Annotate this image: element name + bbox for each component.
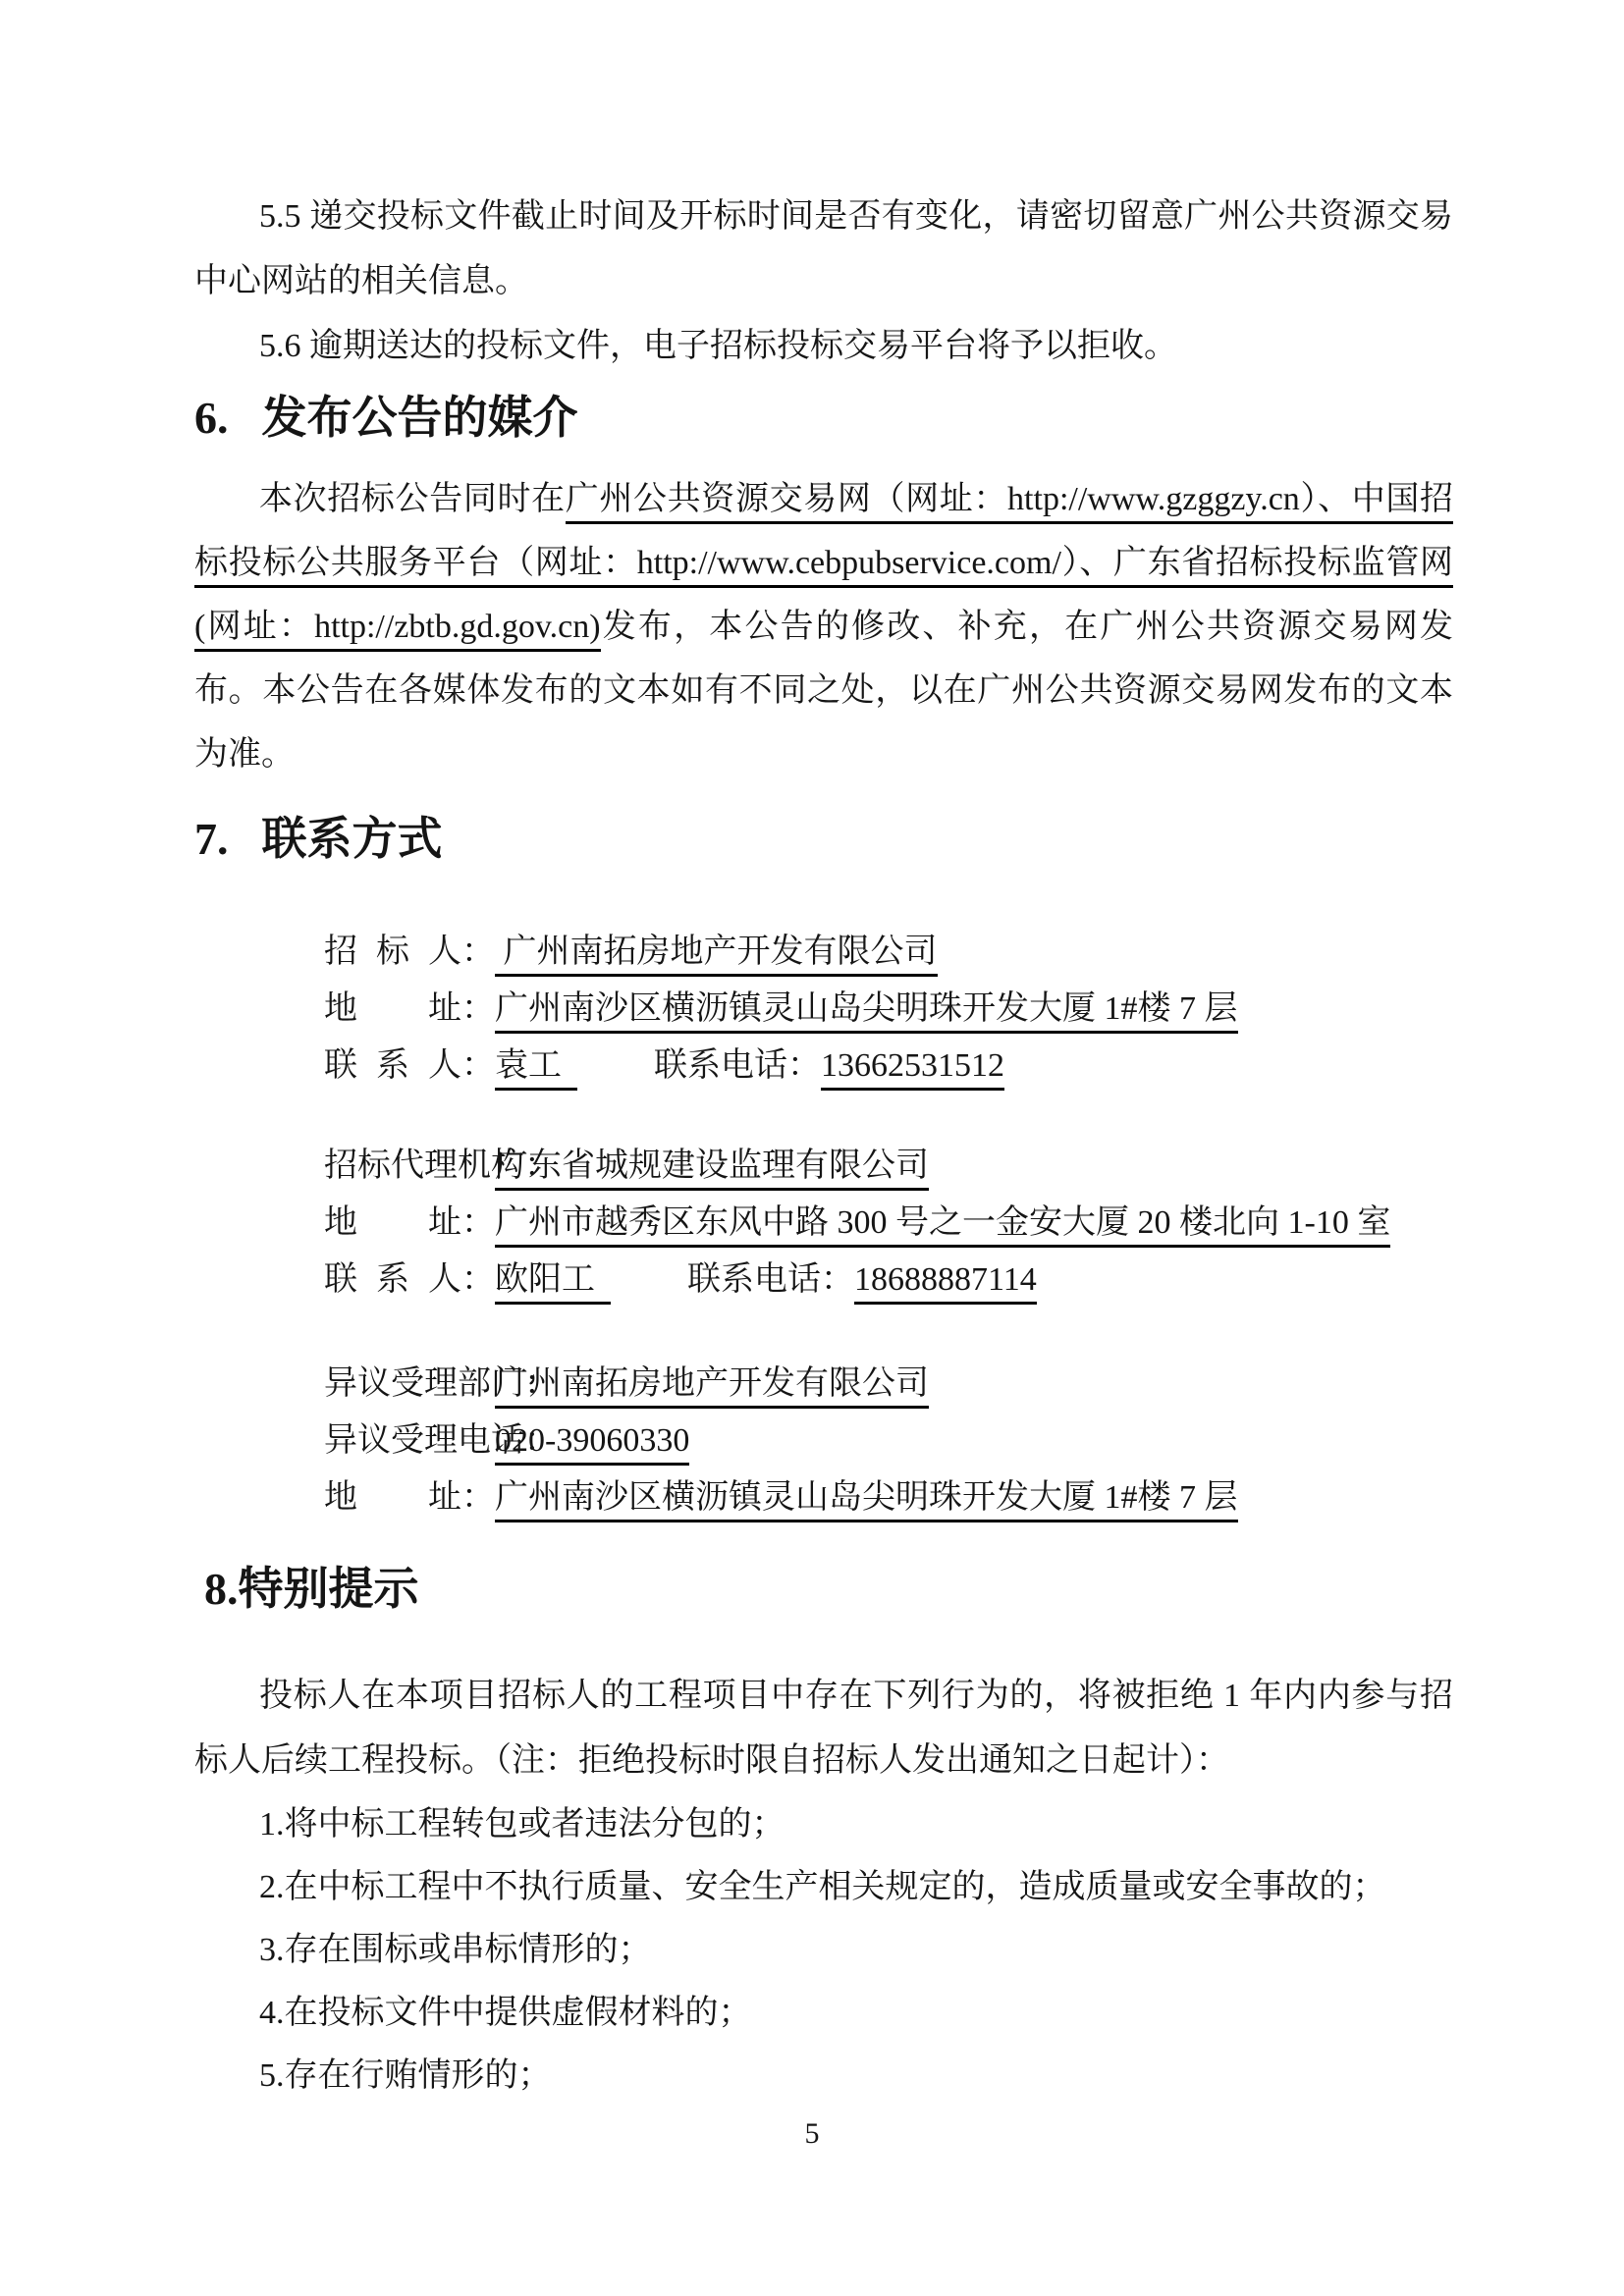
phone-label: 联系电话：: [654, 1047, 821, 1084]
objection-dept-value: 广州南拓房地产开发有限公司: [495, 1365, 929, 1409]
heading-7-number: 7.: [194, 814, 229, 864]
address-label: 地址: [259, 1469, 461, 1526]
para-5-6: 5.6 逾期送达的投标文件，电子招标投标交易平台将予以拒收。: [194, 314, 1453, 379]
address-label: 地址: [259, 1195, 461, 1252]
heading-section-6: 6.发布公告的媒介: [194, 391, 1453, 446]
document-page: 5.5 递交投标文件截止时间及开标时间是否有变化，请密切留意广州公共资源交易中心…: [0, 0, 1624, 2296]
tenderer-address-value: 广州南沙区横沥镇灵山岛尖明珠开发大厦 1#楼 7 层: [495, 990, 1238, 1034]
contact-person-label: 联系人: [259, 1252, 461, 1308]
page-number: 5: [0, 2116, 1624, 2152]
tenderer-row: 招标人： 广州南拓房地产开发有限公司: [194, 924, 1453, 981]
behavior-list: 1.将中标工程转包或者违法分包的； 2.在中标工程中不执行质量、安全生产相关规定…: [194, 1793, 1453, 2108]
phone-value: 18688887114: [854, 1261, 1037, 1305]
colon: ：: [461, 990, 495, 1027]
tenderer-label: 招标人: [259, 924, 461, 981]
list-item-3: 3.存在围标或串标情形的；: [194, 1919, 1453, 1982]
agency-contact-row: 联系人：欧阳工联系电话：18688887114: [194, 1252, 1453, 1308]
phone-value: 13662531512: [821, 1047, 1004, 1091]
objection-address-value: 广州南沙区横沥镇灵山岛尖明珠开发大厦 1#楼 7 层: [495, 1479, 1238, 1522]
tenderer-address-row: 地址：广州南沙区横沥镇灵山岛尖明珠开发大厦 1#楼 7 层: [194, 981, 1453, 1038]
tenderer-contact-row: 联系人：袁工联系电话：13662531512: [194, 1038, 1453, 1095]
heading-section-8: 8.特别提示: [194, 1562, 1453, 1617]
objection-phone-label: 异议受理电话：: [259, 1413, 495, 1469]
colon: ：: [461, 1047, 495, 1084]
colon: ：: [461, 934, 495, 970]
objection-phone-row: 异议受理电话：020-39060330: [194, 1413, 1453, 1469]
agency-value: 广东省城规建设监理有限公司: [495, 1148, 929, 1191]
phone-label: 联系电话：: [687, 1261, 854, 1298]
address-label: 地址: [259, 981, 461, 1038]
contact-person-value: 袁工: [495, 1047, 577, 1091]
heading-7-title: 联系方式: [262, 814, 443, 864]
agency-row: 招标代理机构：广东省城规建设监理有限公司: [194, 1138, 1453, 1195]
list-item-5: 5.存在行贿情形的；: [194, 2045, 1453, 2108]
para-special-notice: 投标人在本项目招标人的工程项目中存在下列行为的，将被拒绝 1 年内内参与招标人后…: [194, 1664, 1453, 1793]
list-item-1: 1.将中标工程转包或者违法分包的；: [194, 1793, 1453, 1856]
heading-section-7: 7.联系方式: [194, 812, 1453, 867]
heading-6-number: 6.: [194, 393, 229, 443]
objection-phone-value: 020-39060330: [495, 1422, 689, 1466]
objection-dept-label: 异议受理部门：: [259, 1356, 495, 1413]
media-text-pre: 本次招标公告同时在: [259, 481, 566, 517]
agency-label: 招标代理机构：: [259, 1138, 495, 1195]
agency-address-value: 广州市越秀区东风中路 300 号之一金安大厦 20 楼北向 1-10 室: [495, 1204, 1390, 1248]
heading-6-title: 发布公告的媒介: [262, 393, 578, 443]
objection-address-row: 地址：广州南沙区横沥镇灵山岛尖明珠开发大厦 1#楼 7 层: [194, 1469, 1453, 1526]
media-paragraph: 本次招标公告同时在广州公共资源交易网（网址：http://www.gzggzy.…: [194, 467, 1453, 786]
para-5-5: 5.5 递交投标文件截止时间及开标时间是否有变化，请密切留意广州公共资源交易中心…: [194, 185, 1453, 314]
contact-person-label: 联系人: [259, 1038, 461, 1095]
contact-block-agency: 招标代理机构：广东省城规建设监理有限公司 地址：广州市越秀区东风中路 300 号…: [194, 1138, 1453, 1308]
objection-dept-row: 异议受理部门：广州南拓房地产开发有限公司: [194, 1356, 1453, 1413]
list-item-4: 4.在投标文件中提供虚假材料的；: [194, 1982, 1453, 2045]
list-item-2: 2.在中标工程中不执行质量、安全生产相关规定的，造成质量或安全事故的；: [194, 1856, 1453, 1919]
agency-address-row: 地址：广州市越秀区东风中路 300 号之一金安大厦 20 楼北向 1-10 室: [194, 1195, 1453, 1252]
colon: ：: [461, 1261, 495, 1298]
colon: ：: [461, 1479, 495, 1516]
colon: ：: [461, 1204, 495, 1241]
contact-block-tenderer: 招标人： 广州南拓房地产开发有限公司 地址：广州南沙区横沥镇灵山岛尖明珠开发大厦…: [194, 924, 1453, 1095]
tenderer-value: 广州南拓房地产开发有限公司: [495, 934, 938, 977]
contact-person-value: 欧阳工: [495, 1261, 611, 1305]
heading-8-title: 8.特别提示: [204, 1564, 419, 1614]
contact-block-objection: 异议受理部门：广州南拓房地产开发有限公司 异议受理电话：020-39060330…: [194, 1356, 1453, 1526]
